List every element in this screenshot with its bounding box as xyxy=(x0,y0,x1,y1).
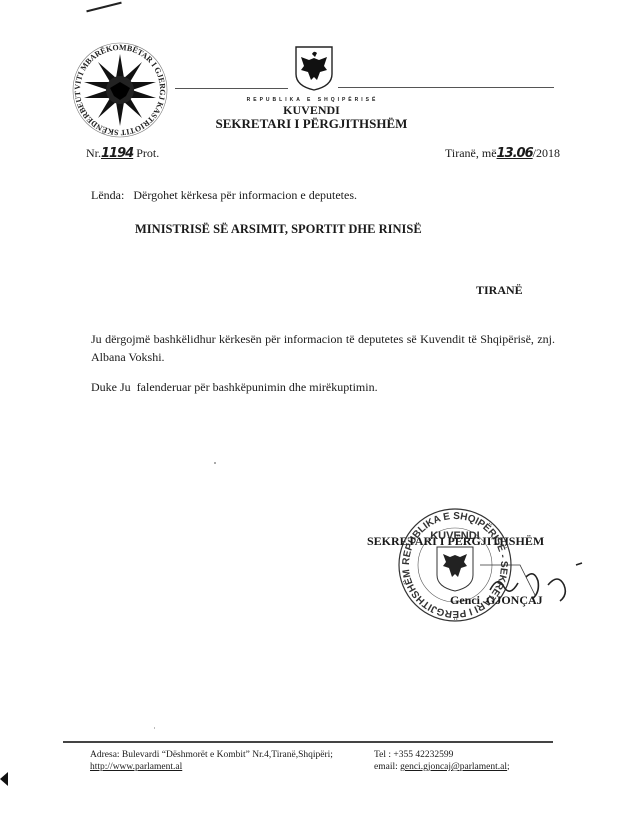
footer-email-link[interactable]: genci.gjoncaj@parlament.al xyxy=(400,762,507,772)
prot-label: Prot. xyxy=(136,146,159,160)
subject-label: Lënda: xyxy=(91,188,124,202)
protocol-number: Nr.1194 Prot. xyxy=(86,146,159,161)
subject-text: Dërgohet kërkesa për informacion e deput… xyxy=(133,188,357,202)
email-label: email: xyxy=(374,762,400,772)
signatory-title: SEKRETARI I PËRGJITHSHËM xyxy=(367,534,544,549)
footer-website-link[interactable]: http://www.parlament.al xyxy=(90,761,333,773)
scan-speck xyxy=(214,462,216,464)
recipient-name: MINISTRISË SË ARSIMIT, SPORTIT DHE RINIS… xyxy=(135,222,422,237)
date-year: /2018 xyxy=(533,146,560,160)
footer-address-block: Adresa: Bulevardi “Dëshmorët e Kombit” N… xyxy=(90,749,333,773)
footer-rule xyxy=(63,741,553,743)
pen-mark xyxy=(86,2,121,13)
header-rule-left xyxy=(175,88,288,89)
scan-speck xyxy=(154,727,155,729)
footer-phone: Tel : +355 42232599 xyxy=(374,749,510,761)
date-handwritten: 13.06 xyxy=(497,146,533,161)
header-rule-right xyxy=(338,87,554,88)
footer-address: Adresa: Bulevardi “Dëshmorët e Kombit” N… xyxy=(90,749,333,761)
nr-label: Nr. xyxy=(86,146,101,160)
office-title: SEKRETARI I PËRGJITHSHËM xyxy=(0,116,617,132)
scan-edge-marker-icon xyxy=(0,772,8,786)
body-paragraph-2: Duke Ju falenderuar për bashkëpunimin dh… xyxy=(91,380,378,395)
subject-line: Lënda:Dërgohet kërkesa për informacion e… xyxy=(91,188,357,203)
recipient-city: TIRANË xyxy=(476,283,523,298)
date-prefix: Tiranë, më xyxy=(445,146,497,160)
nr-value: 1194 xyxy=(101,146,133,161)
footer-contact-block: Tel : +355 42232599 email: genci.gjoncaj… xyxy=(374,749,510,773)
email-suffix: ; xyxy=(507,762,510,772)
body-paragraph-1: Ju dërgojmë bashkëlidhur kërkesën për in… xyxy=(91,330,555,366)
handwritten-signature-icon xyxy=(480,555,590,605)
albania-coat-of-arms-icon xyxy=(293,44,335,92)
document-date: Tiranë, më13.06/2018 xyxy=(445,146,560,161)
footer-email-line: email: genci.gjoncaj@parlament.al; xyxy=(374,761,510,773)
